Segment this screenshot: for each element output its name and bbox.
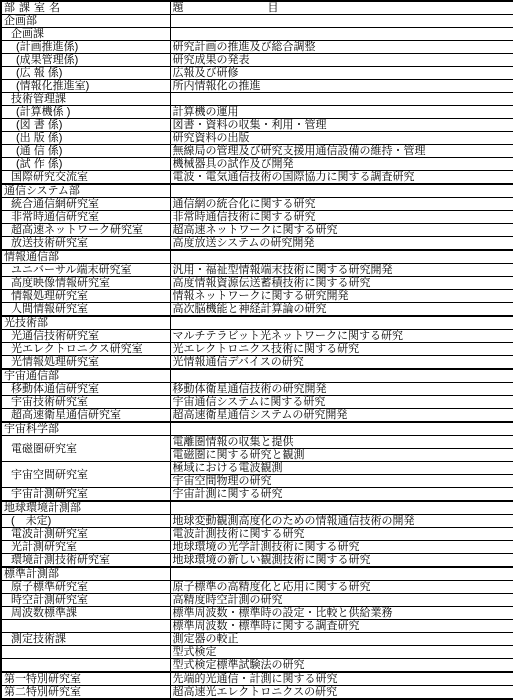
table-row: 放送技術研究室高度放送システムの研究開発: [1, 237, 513, 251]
subject-cell: 原子標準の高精度化と応用に関する研究: [170, 581, 513, 594]
table-row: 標準計測部: [1, 567, 513, 581]
department-cell: (成果管理係): [1, 54, 170, 67]
table-row: 第二特別研究室超高速光エレクトロニクスの研究: [1, 686, 513, 700]
table-row: ユニバーサル端末研究室汎用・福祉型情報端末技術に関する研究開発: [1, 264, 513, 277]
subject-cell: 研究成果の発表: [170, 54, 513, 67]
subject-cell: [170, 250, 513, 264]
department-cell: (情報化推進室): [1, 80, 170, 93]
table-row: 移動体通信研究室移動体衛星通信技術の研究開発: [1, 383, 513, 396]
table-row: 時空計測研究室高精度時空計測の研究: [1, 594, 513, 607]
table-row: (広 報 係)広報及び研修: [1, 67, 513, 80]
header-subject-right-char: 目: [268, 2, 279, 14]
department-cell: 情報通信部: [1, 250, 170, 264]
table-row: ( 未定)地球変動観測高度化のための情報通信技術の開発: [1, 515, 513, 528]
department-cell: (試 作 係): [1, 158, 170, 171]
subject-cell: マルチテラビット光ネットワークに関する研究: [170, 330, 513, 343]
subject-cell: 電波・電気通信技術の国際協力に関する調査研究: [170, 171, 513, 185]
department-cell: 企画課: [1, 28, 170, 41]
department-cell: 超高速ネットワーク研究室: [1, 224, 170, 237]
table-row: 電磁圏研究室電離圏情報の収集と提供: [1, 436, 513, 449]
department-cell: 非常時通信研究室: [1, 211, 170, 224]
table-row: 企画課: [1, 28, 513, 41]
subject-cell: 広報及び研修: [170, 67, 513, 80]
department-cell: 宇宙通信部: [1, 369, 170, 383]
subject-cell: 宇宙計測に関する研究: [170, 488, 513, 502]
department-cell: (計画推進係): [1, 41, 170, 54]
department-cell: 光技術部: [1, 316, 170, 330]
table-row: 統合通信網研究室通信網の統合化に関する研究: [1, 198, 513, 211]
subject-cell: [170, 28, 513, 41]
subject-cell: 通信網の統合化に関する研究: [170, 198, 513, 211]
subject-cell: [170, 567, 513, 581]
department-cell: 第二特別研究室: [1, 686, 170, 700]
department-cell: 電波計測研究室: [1, 528, 170, 541]
subject-cell: 地球環境の光学計測技術に関する研究: [170, 541, 513, 554]
subject-cell: 極域における電波観測: [170, 462, 513, 475]
department-cell: (出 版 係): [1, 132, 170, 145]
department-cell: 原子標準研究室: [1, 581, 170, 594]
department-cell: 光エレクトロニクス研究室: [1, 343, 170, 356]
table-row: 光情報処理研究室光情報通信デバイスの研究: [1, 356, 513, 370]
subject-cell: 研究計画の推進及び総合調整: [170, 41, 513, 54]
table-row: 環境計測技術研究室地球環境の新しい観測技術に関する研究: [1, 554, 513, 568]
table-row: (出 版 係)研究資料の出版: [1, 132, 513, 145]
table-row: 地球環境計測部: [1, 501, 513, 515]
department-cell: 情報処理研究室: [1, 290, 170, 303]
table-row: (計算機係 )計算機の運用: [1, 106, 513, 119]
subject-cell: 測定器の較正: [170, 633, 513, 646]
subject-cell: 無線局の管理及び研究支援用通信設備の維持・管理: [170, 145, 513, 158]
subject-cell: 移動体衛星通信技術の研究開発: [170, 383, 513, 396]
department-cell: (図 書 係): [1, 119, 170, 132]
table-row: 電波計測研究室電波計測技術に関する研究: [1, 528, 513, 541]
department-cell: 環境計測技術研究室: [1, 554, 170, 568]
subject-cell: 地球環境の新しい観測技術に関する研究: [170, 554, 513, 568]
subject-cell: [170, 184, 513, 198]
table-row: 光通信技術研究室マルチテラビット光ネットワークに関する研究: [1, 330, 513, 343]
table-row: (情報化推進室)所内情報化の推進: [1, 80, 513, 93]
table-row: 通信システム部: [1, 184, 513, 198]
department-cell: ユニバーサル端末研究室: [1, 264, 170, 277]
header-subject-left-char: 題: [173, 2, 184, 14]
department-cell: 国際研究交流室: [1, 171, 170, 185]
table-row: 技術管理課: [1, 93, 513, 106]
department-cell: 第一特別研究室: [1, 672, 170, 686]
department-cell: 時空計測研究室: [1, 594, 170, 607]
table-row: 企画部: [1, 15, 513, 28]
table-row: (試 作 係)機械器具の試作及び開発: [1, 158, 513, 171]
table-row: 超高速衛星通信研究室超高速衛星通信システムの研究開発: [1, 409, 513, 423]
subject-cell: 高度情報資源伝送蓄積技術に関する研究: [170, 277, 513, 290]
subject-cell: 高次脳機能と神経計算論の研究: [170, 303, 513, 317]
department-cell: 宇宙空間研究室: [1, 462, 170, 488]
table-row: 測定技術課測定器の較正: [1, 633, 513, 646]
table-row: 人間情報研究室高次脳機能と神経計算論の研究: [1, 303, 513, 317]
subject-cell: 非常時通信技術に関する研究: [170, 211, 513, 224]
department-subject-table: 部課室名 題目 企画部企画課(計画推進係)研究計画の推進及び総合調整(成果管理係…: [0, 0, 513, 700]
department-cell: 移動体通信研究室: [1, 383, 170, 396]
department-cell: 標準計測部: [1, 567, 170, 581]
subject-cell: 型式検定: [170, 646, 513, 659]
table-row: 原子標準研究室原子標準の高精度化と応用に関する研究: [1, 581, 513, 594]
department-cell: 通信システム部: [1, 184, 170, 198]
subject-cell: 所内情報化の推進: [170, 80, 513, 93]
department-cell: [1, 646, 170, 659]
header-subject: 題目: [170, 1, 513, 15]
department-cell: ( 未定): [1, 515, 170, 528]
department-cell: [1, 620, 170, 633]
table-row: 宇宙計測研究室宇宙計測に関する研究: [1, 488, 513, 502]
subject-cell: [170, 15, 513, 28]
department-cell: 宇宙計測研究室: [1, 488, 170, 502]
table-row: 宇宙通信部: [1, 369, 513, 383]
table-row: 宇宙技術研究室宇宙通信システムに関する研究: [1, 396, 513, 409]
table-row: 光エレクトロニクス研究室光エレクトロニクス技術に関する研究: [1, 343, 513, 356]
subject-cell: 図書・資料の収集・利用・管理: [170, 119, 513, 132]
table-row: 情報処理研究室情報ネットワークに関する研究開発: [1, 290, 513, 303]
subject-cell: 電磁圏に関する研究と観測: [170, 449, 513, 462]
subject-cell: [170, 93, 513, 106]
subject-cell: 機械器具の試作及び開発: [170, 158, 513, 171]
subject-cell: 電波計測技術に関する研究: [170, 528, 513, 541]
subject-cell: 光エレクトロニクス技術に関する研究: [170, 343, 513, 356]
subject-cell: 光情報通信デバイスの研究: [170, 356, 513, 370]
department-cell: 光計測研究室: [1, 541, 170, 554]
table-row: 標準周波数・標準時に関する調査研究: [1, 620, 513, 633]
department-cell: 技術管理課: [1, 93, 170, 106]
department-cell: 宇宙科学部: [1, 422, 170, 436]
subject-cell: 高精度時空計測の研究: [170, 594, 513, 607]
department-cell: 高度映像情報研究室: [1, 277, 170, 290]
subject-cell: [170, 422, 513, 436]
table-row: 宇宙科学部: [1, 422, 513, 436]
department-cell: (広 報 係): [1, 67, 170, 80]
table-row: 超高速ネットワーク研究室超高速ネットワークに関する研究: [1, 224, 513, 237]
subject-cell: [170, 316, 513, 330]
department-cell: 周波数標準課: [1, 607, 170, 620]
department-cell: 人間情報研究室: [1, 303, 170, 317]
department-cell: 光通信技術研究室: [1, 330, 170, 343]
subject-cell: 汎用・福祉型情報端末技術に関する研究開発: [170, 264, 513, 277]
department-cell: 測定技術課: [1, 633, 170, 646]
department-cell: 放送技術研究室: [1, 237, 170, 251]
department-cell: 光情報処理研究室: [1, 356, 170, 370]
table-row: 型式検定: [1, 646, 513, 659]
department-cell: (計算機係 ): [1, 106, 170, 119]
subject-cell: 情報ネットワークに関する研究開発: [170, 290, 513, 303]
subject-cell: 標準周波数・標準時に関する調査研究: [170, 620, 513, 633]
table-row: (通 信 係)無線局の管理及び研究支援用通信設備の維持・管理: [1, 145, 513, 158]
table-row: 第一特別研究室先端的光通信・計測に関する研究: [1, 672, 513, 686]
department-cell: (通 信 係): [1, 145, 170, 158]
department-cell: 宇宙技術研究室: [1, 396, 170, 409]
header-department-name: 部課室名: [1, 1, 170, 15]
department-cell: 企画部: [1, 15, 170, 28]
table-row: 高度映像情報研究室高度情報資源伝送蓄積技術に関する研究: [1, 277, 513, 290]
subject-cell: 電離圏情報の収集と提供: [170, 436, 513, 449]
subject-cell: 超高速衛星通信システムの研究開発: [170, 409, 513, 423]
department-cell: 電磁圏研究室: [1, 436, 170, 462]
subject-cell: 研究資料の出版: [170, 132, 513, 145]
department-cell: 地球環境計測部: [1, 501, 170, 515]
document-sheet: 部課室名 題目 企画部企画課(計画推進係)研究計画の推進及び総合調整(成果管理係…: [0, 0, 513, 685]
table-row: 情報通信部: [1, 250, 513, 264]
table-row: (計画推進係)研究計画の推進及び総合調整: [1, 41, 513, 54]
subject-cell: 標準周波数・標準時の設定・比較と供給業務: [170, 607, 513, 620]
subject-cell: 計算機の運用: [170, 106, 513, 119]
header-row: 部課室名 題目: [1, 1, 513, 15]
table-row: 周波数標準課標準周波数・標準時の設定・比較と供給業務: [1, 607, 513, 620]
table-row: 宇宙空間研究室極域における電波観測: [1, 462, 513, 475]
subject-cell: 高度放送システムの研究開発: [170, 237, 513, 251]
table-row: 型式検定標準試験法の研究: [1, 659, 513, 673]
subject-cell: 宇宙通信システムに関する研究: [170, 396, 513, 409]
subject-cell: [170, 501, 513, 515]
table-row: 非常時通信研究室非常時通信技術に関する研究: [1, 211, 513, 224]
table-row: (成果管理係)研究成果の発表: [1, 54, 513, 67]
subject-cell: [170, 369, 513, 383]
department-cell: [1, 659, 170, 673]
subject-cell: 先端的光通信・計測に関する研究: [170, 672, 513, 686]
table-row: 国際研究交流室電波・電気通信技術の国際協力に関する調査研究: [1, 171, 513, 185]
table-body: 企画部企画課(計画推進係)研究計画の推進及び総合調整(成果管理係)研究成果の発表…: [1, 15, 513, 700]
table-row: 光計測研究室地球環境の光学計測技術に関する研究: [1, 541, 513, 554]
subject-cell: 超高速ネットワークに関する研究: [170, 224, 513, 237]
table-row: 光技術部: [1, 316, 513, 330]
subject-cell: 地球変動観測高度化のための情報通信技術の開発: [170, 515, 513, 528]
subject-cell: 型式検定標準試験法の研究: [170, 659, 513, 673]
subject-cell: 超高速光エレクトロニクスの研究: [170, 686, 513, 700]
table-row: (図 書 係)図書・資料の収集・利用・管理: [1, 119, 513, 132]
department-cell: 統合通信網研究室: [1, 198, 170, 211]
subject-cell: 宇宙空間物理の研究: [170, 475, 513, 488]
department-cell: 超高速衛星通信研究室: [1, 409, 170, 423]
